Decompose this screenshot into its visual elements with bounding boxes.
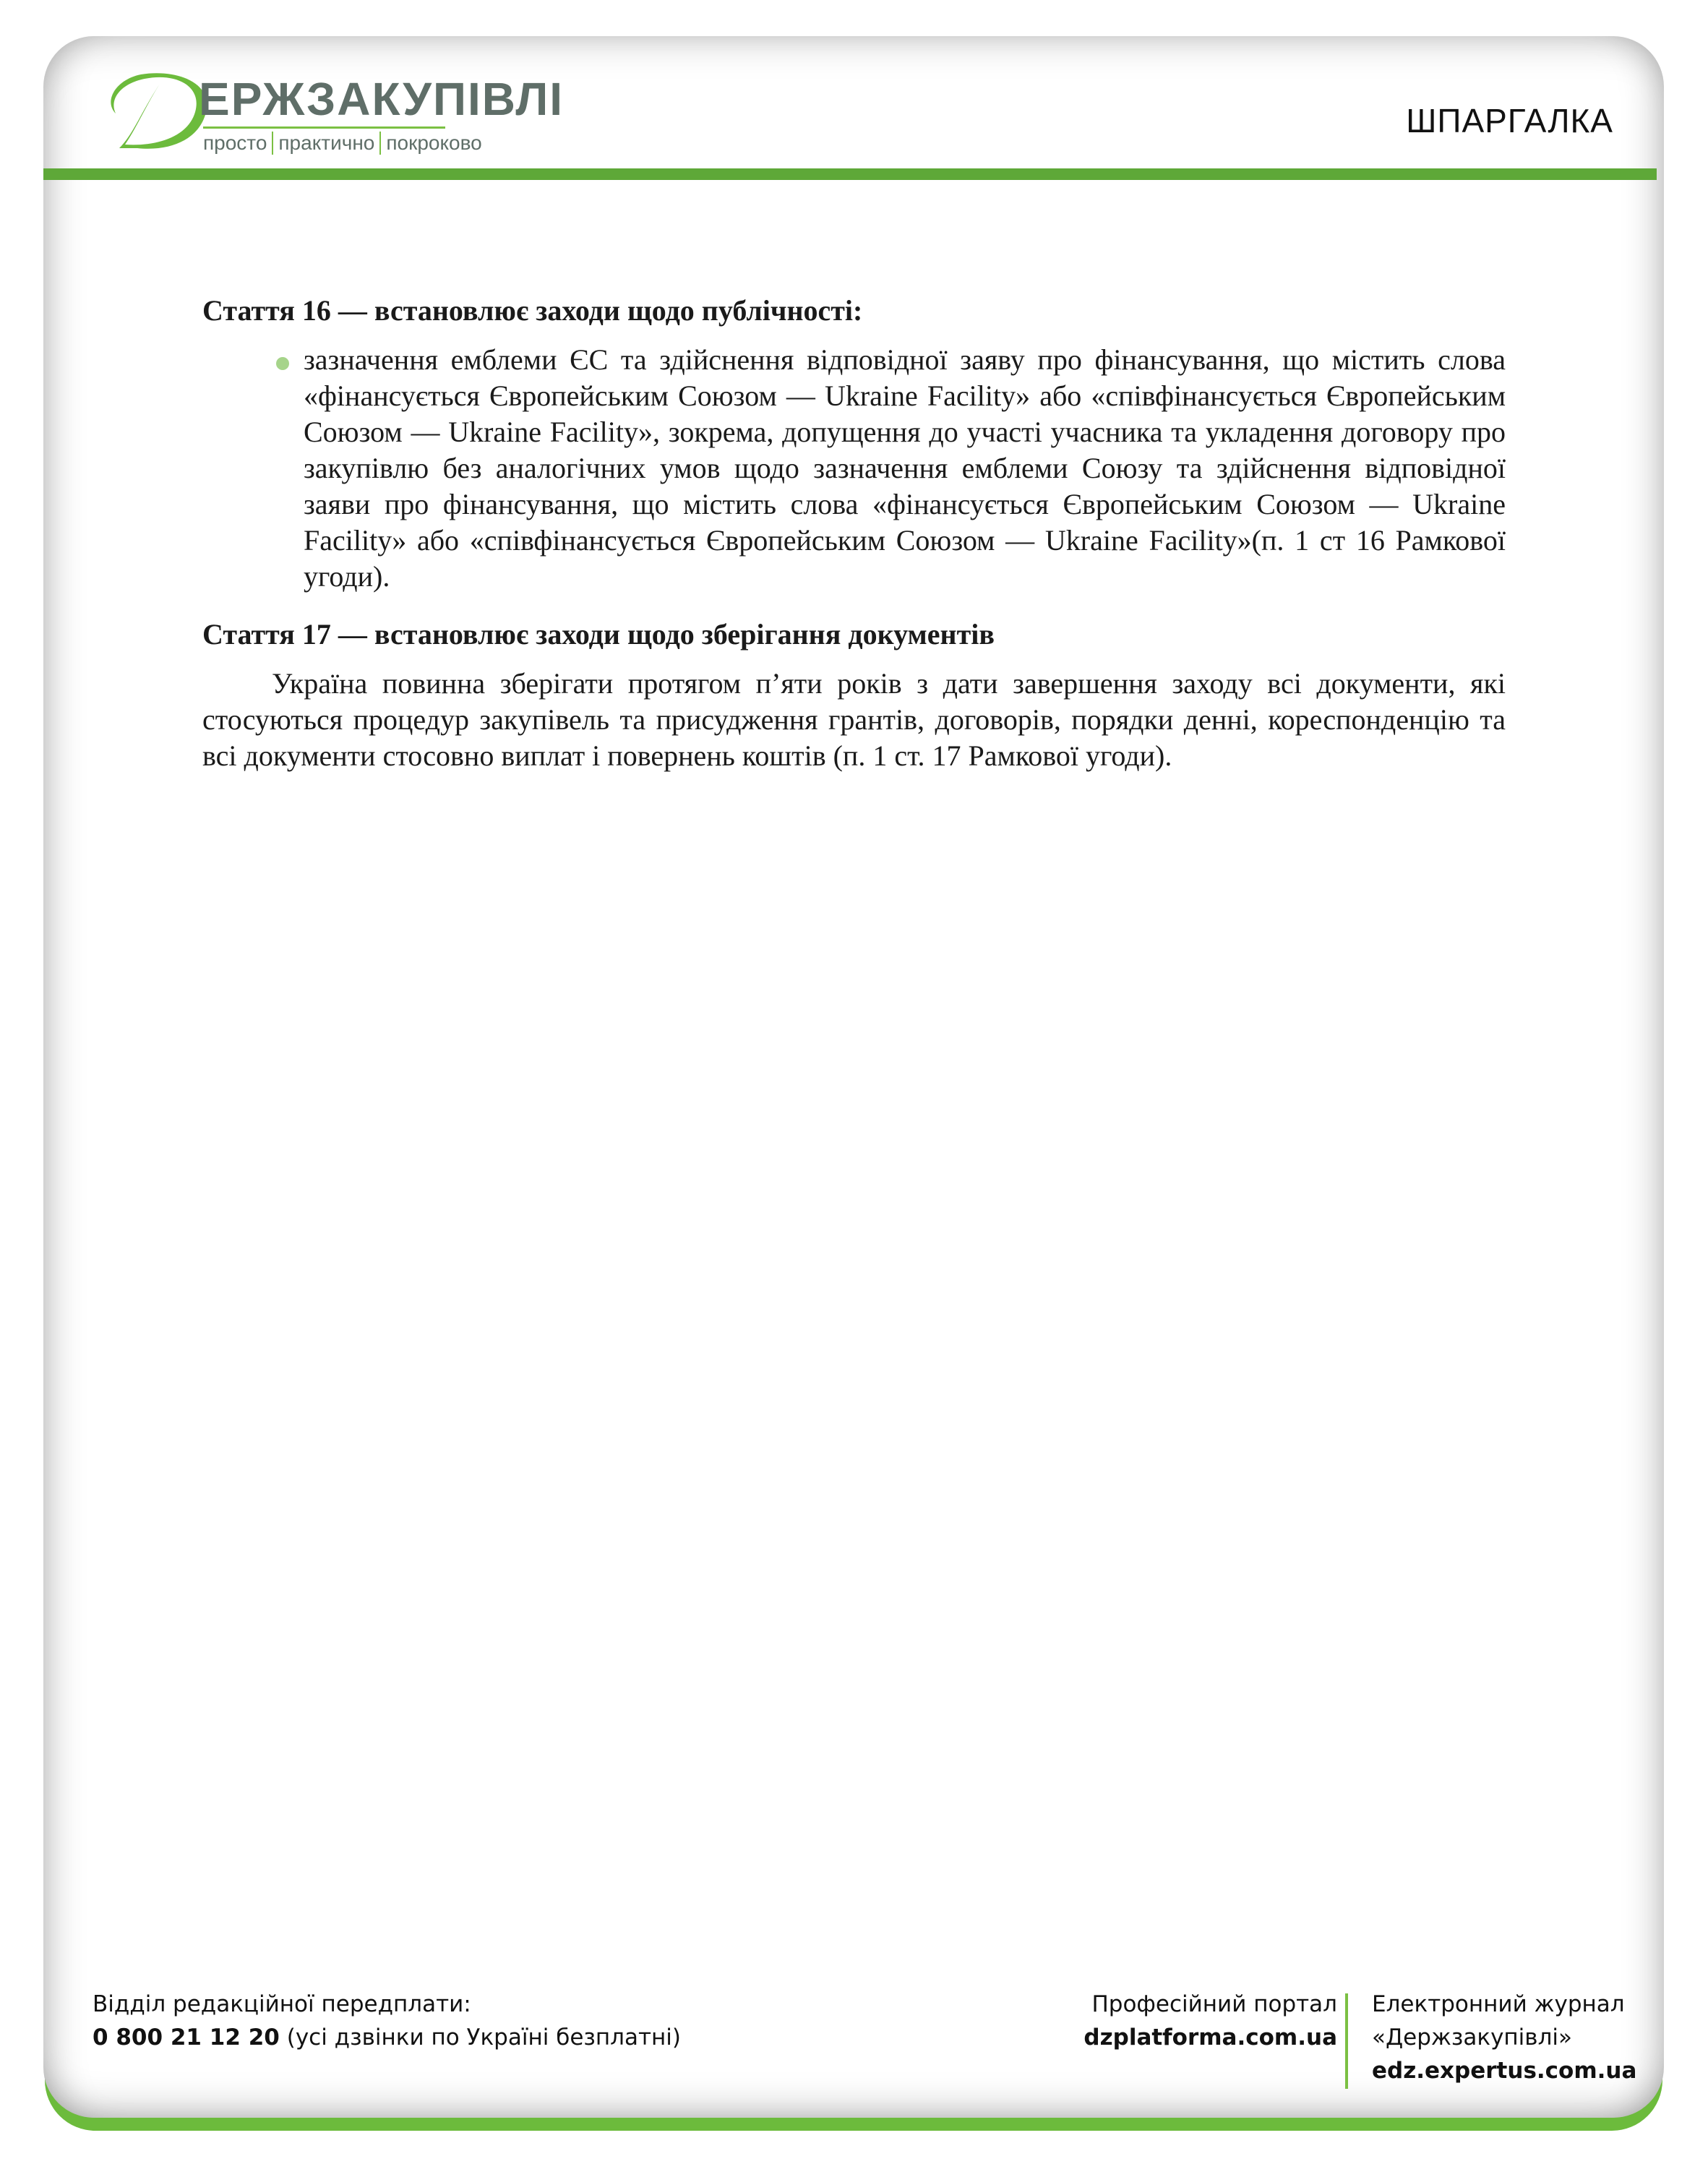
bullet-dot-icon: [276, 357, 289, 370]
portal-label: Професійний портал: [1083, 1988, 1337, 2021]
bullet-text: зазначення емблеми ЄС та здійснення відп…: [304, 343, 1506, 593]
footer-divider: [1345, 1993, 1348, 2089]
phone-number[interactable]: 0 800 21 12 20: [93, 2024, 280, 2051]
logo-rule: [203, 126, 445, 129]
tagline-word: практично: [278, 131, 374, 155]
logo: ЕРЖЗАКУПІВЛІ просто практично покроково: [98, 69, 604, 155]
page-frame: ЕРЖЗАКУПІВЛІ просто практично покроково …: [43, 36, 1664, 2118]
portal-link[interactable]: dzplatforma.com.ua: [1083, 2021, 1337, 2054]
document-type-label: ШПАРГАЛКА: [1406, 101, 1613, 140]
tagline-separator: [272, 132, 273, 155]
journal-label: Електронний журнал: [1372, 1988, 1636, 2021]
logo-tagline: просто практично покроково: [203, 131, 482, 155]
section-paragraph: Україна повинна зберігати протягом п’яти…: [202, 666, 1506, 774]
subscription-info: Відділ редакційної передплати: 0 800 21 …: [93, 1988, 681, 2054]
footer: Відділ редакційної передплати: 0 800 21 …: [43, 1988, 1664, 2096]
header: ЕРЖЗАКУПІВЛІ просто практично покроково …: [43, 36, 1664, 171]
subscription-label: Відділ редакційної передплати:: [93, 1988, 681, 2021]
section-article-17: Стаття 17 — встановлює заходи щодо збері…: [202, 617, 1506, 774]
section-heading: Стаття 16 — встановлює заходи щодо публі…: [202, 293, 1506, 329]
bullet-list: зазначення емблеми ЄС та здійснення відп…: [202, 342, 1506, 595]
logo-d-icon: [98, 69, 213, 155]
phone-note: (усі дзвінки по Україні безплатні): [280, 2024, 681, 2051]
tagline-word: покроково: [386, 131, 481, 155]
document-body: Стаття 16 — встановлює заходи щодо публі…: [202, 293, 1506, 774]
logo-title: ЕРЖЗАКУПІВЛІ: [199, 76, 564, 122]
journal-link[interactable]: edz.expertus.com.ua: [1372, 2054, 1636, 2087]
section-heading: Стаття 17 — встановлює заходи щодо збері…: [202, 617, 1506, 653]
header-divider-bar: [43, 168, 1657, 180]
journal-info: Електронний журнал «Держзакупівлі» edz.e…: [1372, 1988, 1636, 2087]
subscription-phone-line: 0 800 21 12 20 (усі дзвінки по Україні б…: [93, 2021, 681, 2054]
portal-info: Професійний портал dzplatforma.com.ua: [1083, 1988, 1337, 2054]
tagline-separator: [379, 132, 381, 155]
journal-name: «Держзакупівлі»: [1372, 2021, 1636, 2054]
list-item: зазначення емблеми ЄС та здійснення відп…: [304, 342, 1506, 595]
tagline-word: просто: [203, 131, 267, 155]
section-article-16: Стаття 16 — встановлює заходи щодо публі…: [202, 293, 1506, 595]
